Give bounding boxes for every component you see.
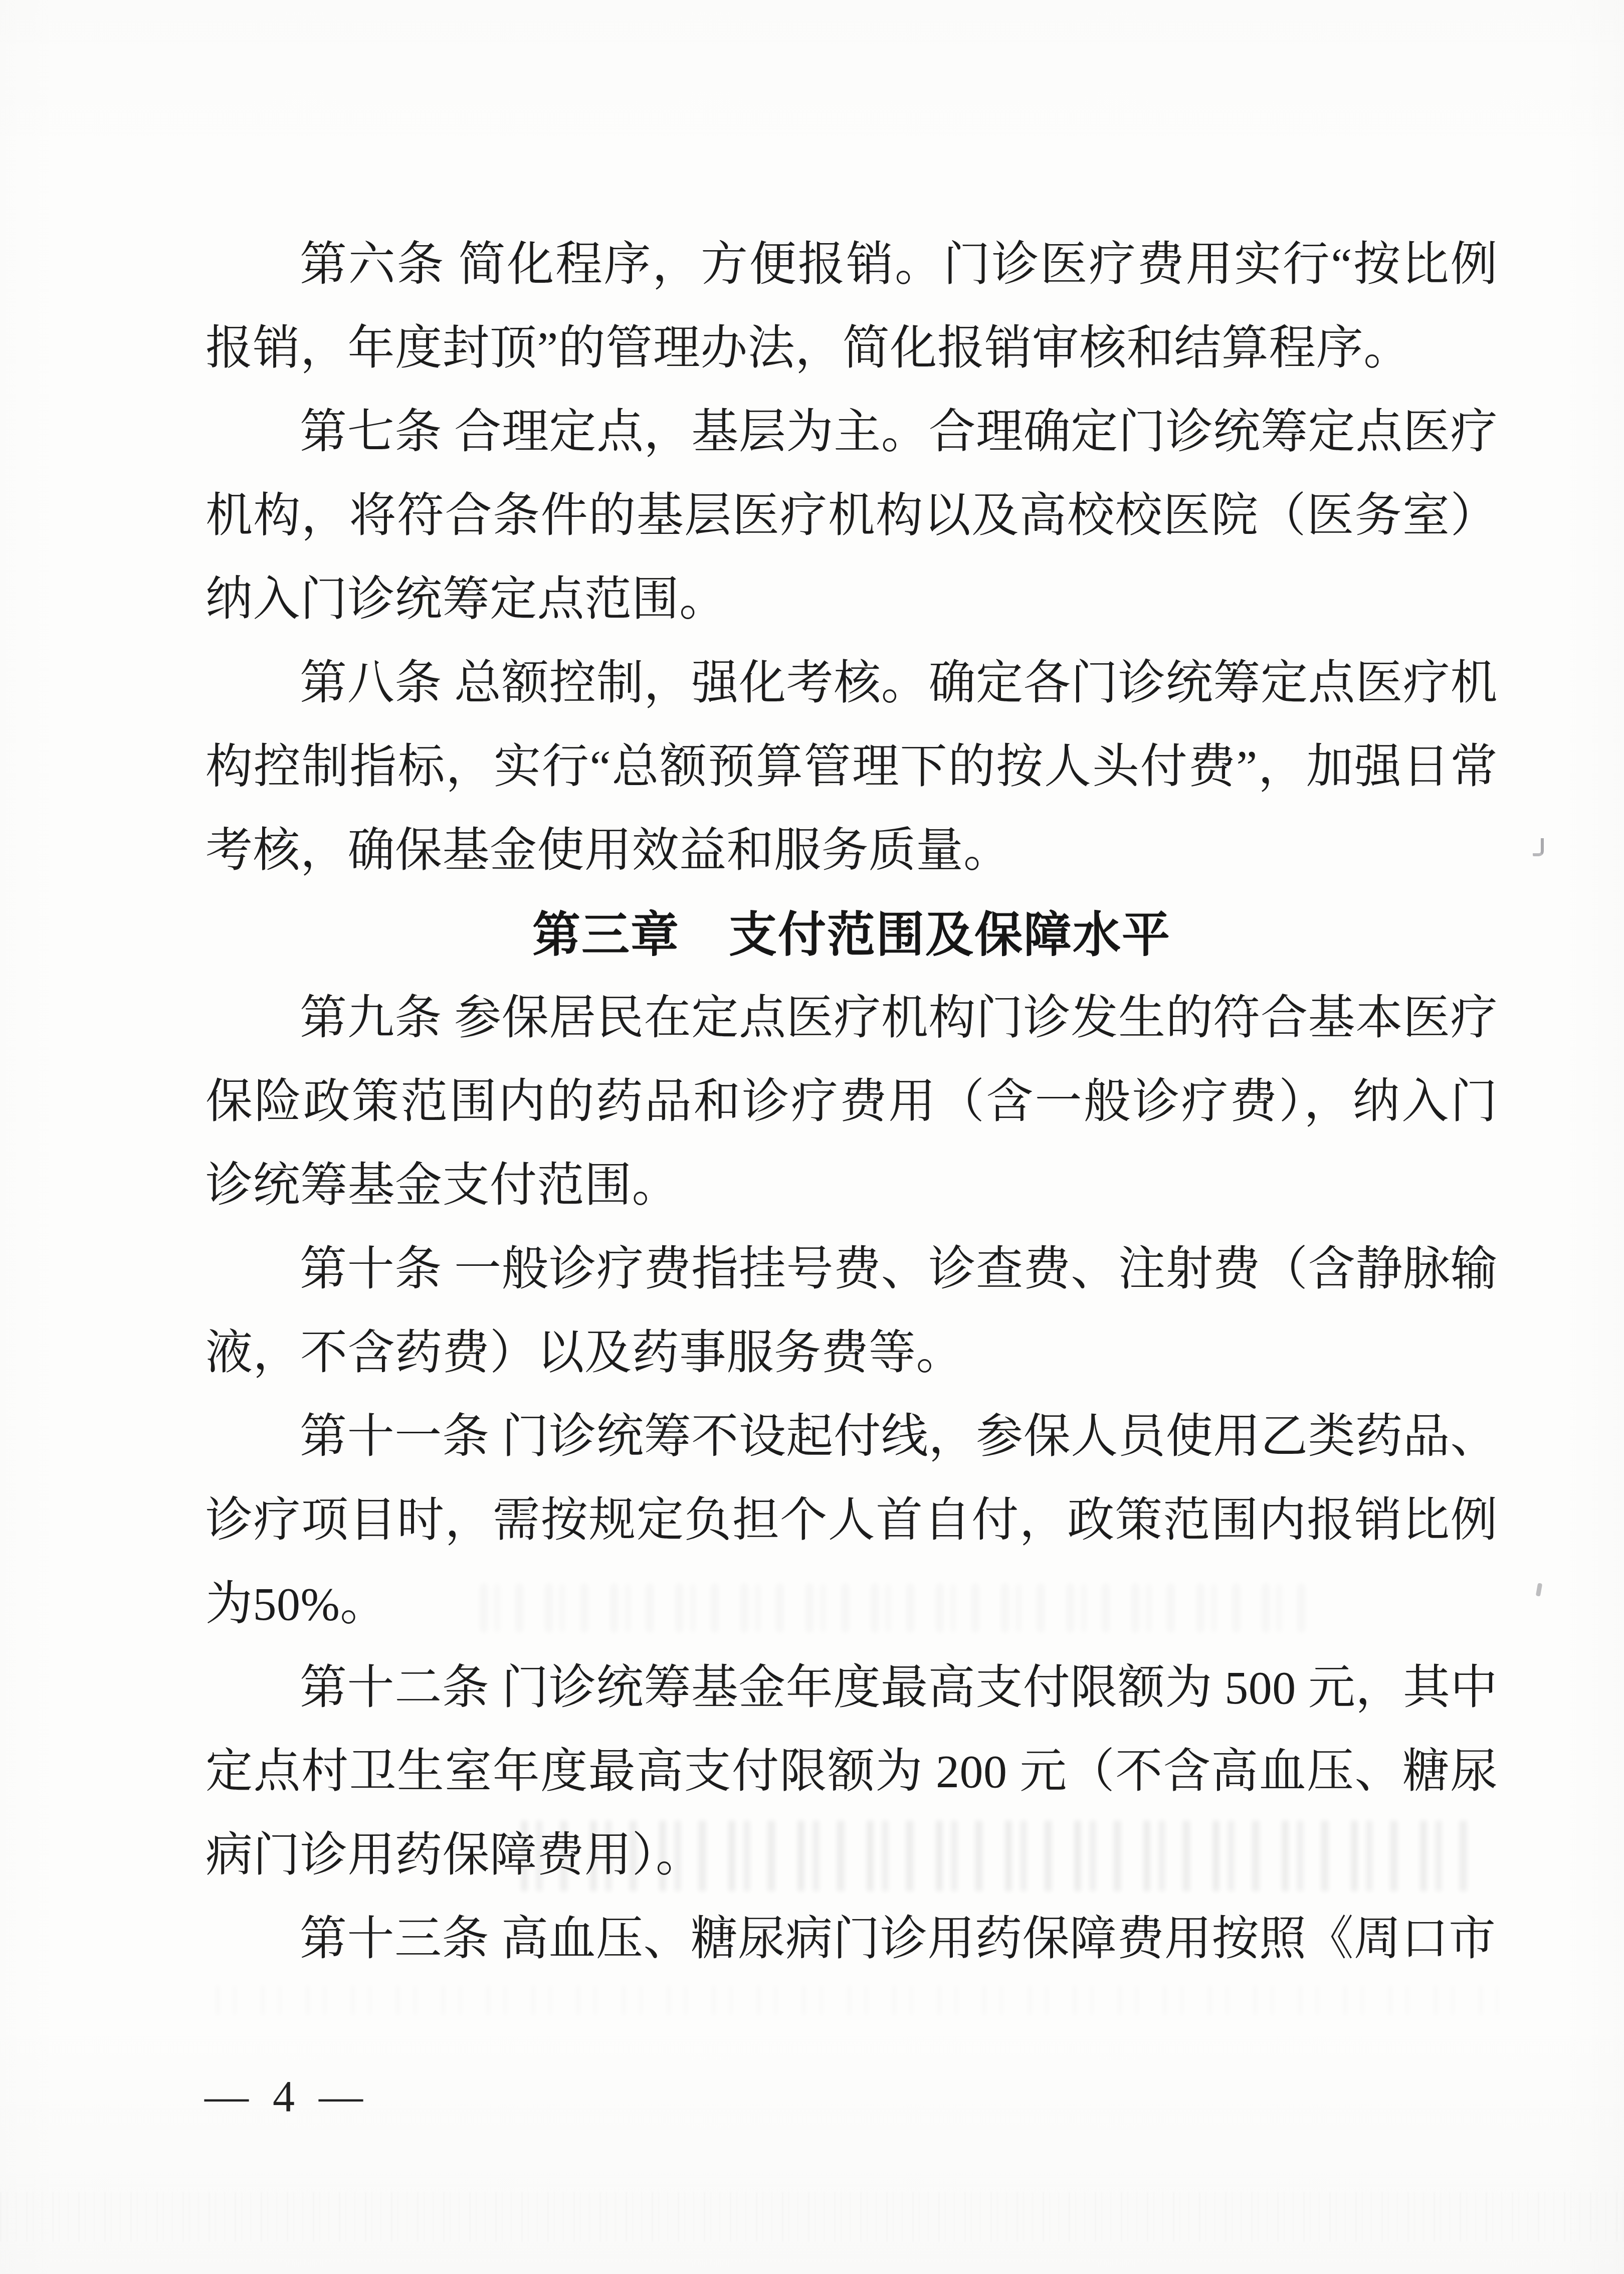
bleedthrough-artifact-faint xyxy=(216,1985,1499,2015)
article-9-paragraph: 第九条 参保居民在定点医疗机构门诊发生的符合基本医疗保险政策范围内的药品和诊疗费… xyxy=(206,977,1498,1228)
article-12-paragraph: 第十二条 门诊统筹基金年度最高支付限额为 500 元，其中定点村卫生室年度最高支… xyxy=(206,1646,1498,1898)
article-13-paragraph: 第十三条 高血压、糖尿病门诊用药保障费用按照《周口市 xyxy=(206,1898,1498,1981)
article-7-paragraph: 第七条 合理定点，基层为主。合理确定门诊统筹定点医疗机构，将符合条件的基层医疗机… xyxy=(206,391,1498,642)
page-number: — 4 — xyxy=(205,2069,366,2125)
article-10-paragraph: 第十条 一般诊疗费指挂号费、诊查费、注射费（含静脉输液，不含药费）以及药事服务费… xyxy=(206,1228,1498,1395)
document-page: 第六条 简化程序，方便报销。门诊医疗费用实行“按比例报销，年度封顶”的管理办法，… xyxy=(0,0,1624,2274)
scan-speck-mark xyxy=(1536,1583,1542,1596)
scan-speck-mark xyxy=(1533,838,1544,856)
chapter-3-heading: 第三章 支付范围及保障水平 xyxy=(206,893,1498,977)
article-8-paragraph: 第八条 总额控制，强化考核。确定各门诊统筹定点医疗机构控制指标，实行“总额预算管… xyxy=(206,642,1498,893)
document-body: 第六条 简化程序，方便报销。门诊医疗费用实行“按比例报销，年度封顶”的管理办法，… xyxy=(206,223,1498,1981)
article-6-paragraph: 第六条 简化程序，方便报销。门诊医疗费用实行“按比例报销，年度封顶”的管理办法，… xyxy=(206,223,1498,391)
scan-noise-band xyxy=(0,2192,1624,2242)
article-11-paragraph: 第十一条 门诊统筹不设起付线，参保人员使用乙类药品、诊疗项目时，需按规定负担个人… xyxy=(206,1395,1498,1646)
